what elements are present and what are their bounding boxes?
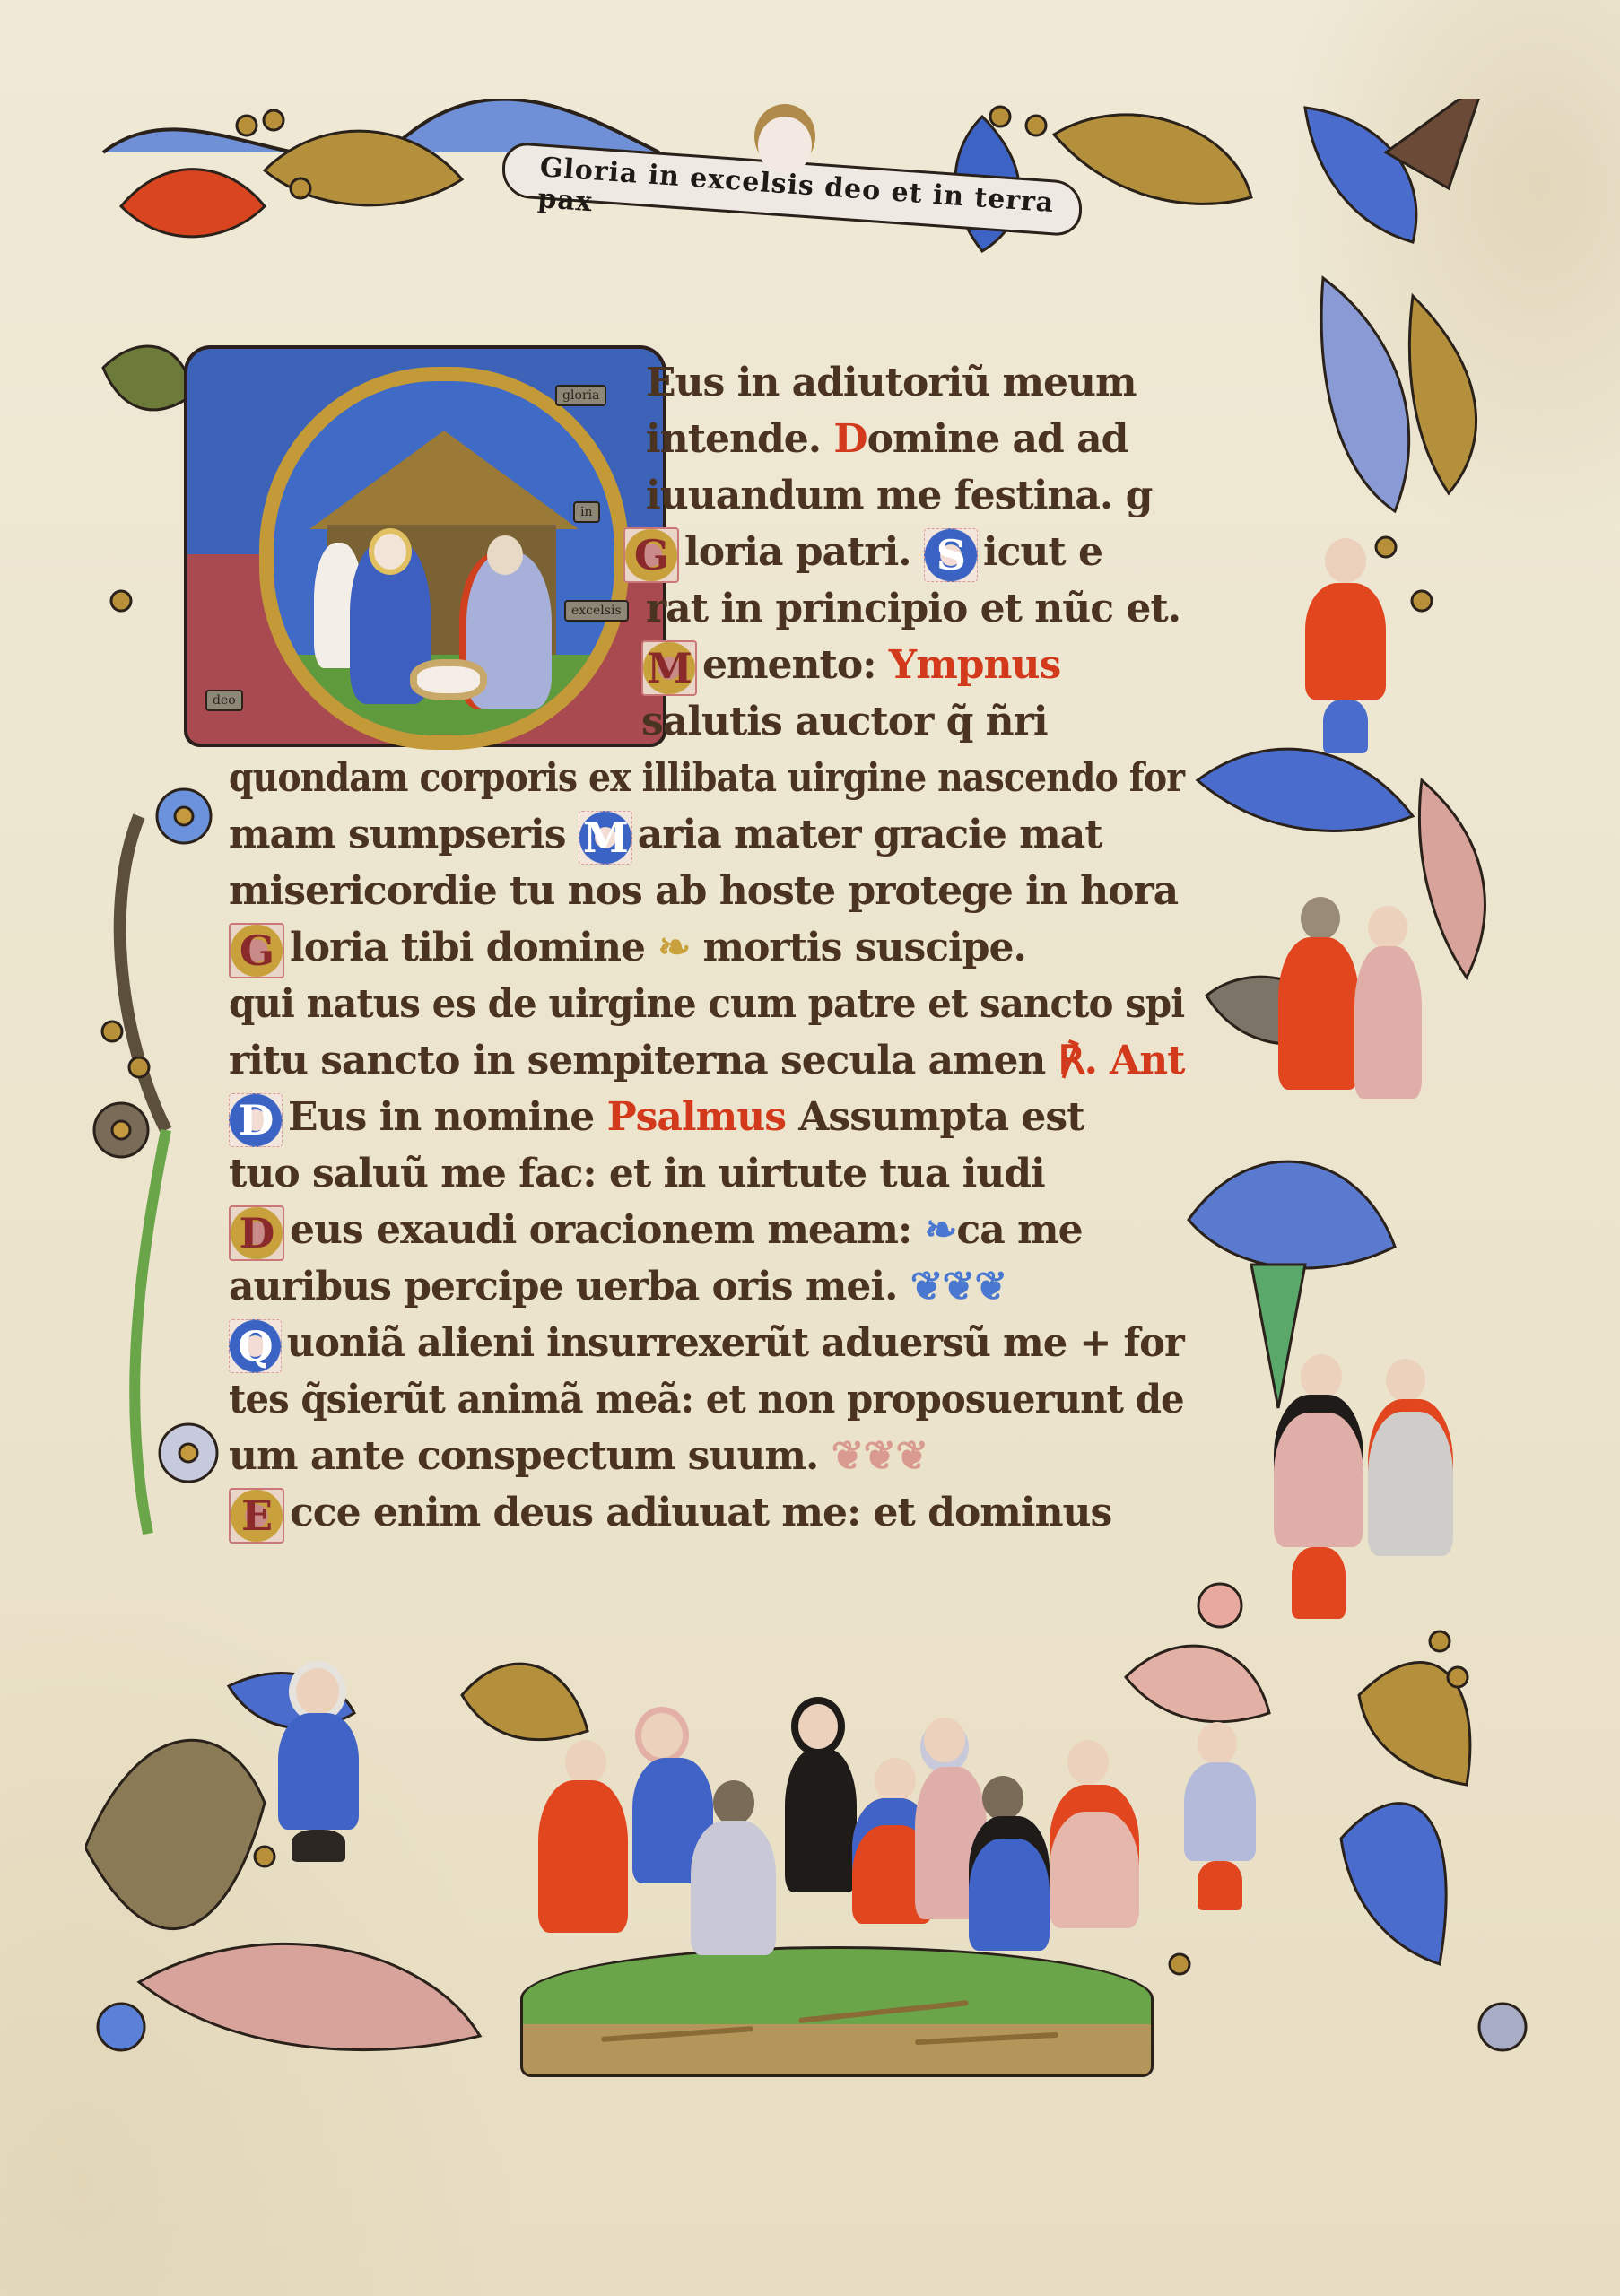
figure-red-hose [1292, 1547, 1346, 1619]
line-filler-flourish: ❦❦❦ [910, 1264, 1007, 1309]
figure-head [1301, 897, 1340, 940]
line-filler-flourish: ❧ [658, 925, 690, 970]
piper-figure [269, 1659, 368, 1865]
dancer-head [798, 1704, 838, 1749]
text-line: rat in principio et nũc et. [646, 580, 1180, 638]
line-filler-flourish: ❧ [925, 1207, 957, 1253]
piper-head [296, 1668, 339, 1715]
text-segment: loria patri. [684, 529, 924, 575]
text-line: um ante conspectum suum. ❦❦❦ [229, 1428, 928, 1485]
dancer-head [924, 1718, 965, 1762]
dancer-head [641, 1713, 683, 1758]
figure-head [1386, 1359, 1425, 1402]
bagpiper-head [1325, 538, 1366, 583]
round-dance-figures [529, 1695, 1157, 1991]
piper-tunic [278, 1713, 359, 1830]
text-line: tuo saluũ me fac: et in uirtute tua iud… [229, 1145, 1045, 1203]
text-line: Gloria patri. Sicut e [623, 524, 1102, 581]
text-segment: icut e [983, 529, 1102, 575]
text-segment: iuuandum me festina. g [646, 473, 1152, 518]
figure-tunic [1184, 1762, 1256, 1861]
dancer-head [875, 1758, 916, 1803]
figure-hose [1198, 1861, 1242, 1910]
text-line: ritu sancto in sempiterna secula amen ℟.… [229, 1032, 1184, 1090]
decorated-initial: G [229, 923, 284, 978]
figure-head [1198, 1722, 1237, 1765]
text-segment: cce enim deus adiuuat me: et dominus [290, 1490, 1111, 1535]
decorated-initial: G [623, 527, 679, 583]
figure-head [1301, 1354, 1342, 1399]
dancer-grey [691, 1821, 776, 1955]
text-segment: eus exaudi oracionem meam: [290, 1207, 925, 1253]
text-segment: Eus in adiutoriũ meum [646, 360, 1137, 405]
text-segment: misericordie tu nos ab hoste protege in … [229, 868, 1178, 914]
text-segment: mortis suscipe. [690, 925, 1026, 970]
text-segment: tes q̃sierũt animã meã: et non propos… [229, 1377, 1184, 1422]
two-men-figures [1265, 1354, 1462, 1632]
text-segment: um ante conspectum suum. [229, 1433, 832, 1479]
text-segment: emento: [702, 642, 889, 688]
dancer-blue-black [969, 1816, 1050, 1951]
text-line: Gloria tibi domine ❧ mortis suscipe. [229, 919, 1026, 977]
text-line: Memento: Ympnus [641, 637, 1060, 694]
angel-figure [758, 117, 812, 174]
rubric-text: Ympnus [889, 642, 1060, 688]
piper-boots [292, 1830, 345, 1862]
text-segment: ca me [956, 1207, 1082, 1253]
rubric-text: Psalmus [607, 1094, 786, 1140]
text-segment: ritu sancto in sempiterna secula amen [229, 1038, 1058, 1083]
decorated-initial: E [229, 1488, 284, 1544]
angel-banderole: Gloria in excelsis deo et in terra pax [502, 135, 1076, 233]
text-line: iuuandum me festina. g [646, 467, 1152, 525]
text-segment: rat in principio et nũc et. [646, 586, 1180, 631]
text-line: salutis auctor q̃ ñri [641, 693, 1048, 751]
text-segment: mam sumpseris [229, 812, 579, 857]
dancer-head [982, 1776, 1023, 1821]
rubric-text: ℟. Ant [1058, 1038, 1185, 1083]
text-line: intende. Domine ad ad [646, 411, 1128, 468]
text-segment: M [579, 811, 632, 865]
decorated-initial: D [229, 1205, 284, 1261]
text-segment: omine ad ad [867, 416, 1128, 462]
dancer-black [785, 1749, 857, 1892]
text-segment: intende. [646, 416, 833, 462]
text-line: quondam corporis ex illibata uirgine nas… [229, 750, 1184, 807]
text-segment: quondam corporis ex illibata uirgine nas… [229, 755, 1184, 801]
text-line: Deus exaudi oracionem meam: ❧ca me [229, 1202, 1083, 1259]
text-segment: Assumpta est [786, 1094, 1084, 1140]
text-line: DEus in nomine Psalmus Assumpta est [229, 1089, 1084, 1146]
text-line: tes q̃sierũt animã meã: et non propos… [229, 1371, 1184, 1429]
reaching-man-figure [1175, 1704, 1265, 1910]
rubric-text: D [833, 416, 867, 462]
figure-head [1368, 906, 1407, 949]
text-segment: loria tibi domine [290, 925, 658, 970]
text-segment: S [924, 528, 978, 582]
figure-red-tunic [1278, 937, 1359, 1090]
figure-grey-cloak [1368, 1399, 1453, 1556]
text-segment: tuo saluũ me fac: et in uirtute tua iud… [229, 1151, 1045, 1196]
text-line: mam sumpseris Maria mater gracie mat [229, 806, 1102, 864]
text-block: Eus in adiutoriũ meumintende. Domine ad… [229, 354, 1184, 1610]
text-line: Quoniã alieni insurrexerũt aduersũ me… [229, 1315, 1184, 1372]
text-line: qui natus es de uirgine cum patre et san… [229, 976, 1184, 1033]
dancer-pink-red [1050, 1785, 1139, 1928]
decorated-initial: Q [229, 1319, 282, 1373]
embracing-couple-figures [1274, 897, 1435, 1166]
text-segment: qui natus es de uirgine cum patre et san… [229, 981, 1184, 1027]
text-line: Eus in adiutoriũ meum [646, 354, 1137, 412]
text-segment: uoniã alieni insurrexerũt aduersũ me … [287, 1320, 1184, 1366]
dancer-head [565, 1740, 606, 1785]
decorated-initial: D [229, 1093, 283, 1147]
bagpiper-figure [1296, 538, 1395, 771]
bagpiper-legs [1323, 700, 1368, 753]
text-line: misericordie tu nos ab hoste protege in … [229, 863, 1178, 920]
text-segment: Eus in nomine [288, 1094, 607, 1140]
bagpiper-tunic [1305, 583, 1386, 700]
line-filler-flourish: ❦❦❦ [832, 1433, 928, 1479]
dancer-red [538, 1780, 628, 1933]
decorated-initial: M [641, 640, 697, 696]
text-segment: aria mater gracie mat [638, 812, 1102, 857]
text-segment: salutis auctor q̃ ñri [641, 699, 1048, 744]
figure-pink-tunic [1354, 946, 1422, 1099]
dancer-head [713, 1780, 754, 1825]
text-segment: auribus percipe uerba oris mei. [229, 1264, 910, 1309]
text-line: auribus percipe uerba oris mei. ❦❦❦ [229, 1258, 1006, 1316]
text-line: Ecce enim deus adiuuat me: et dominus [229, 1484, 1111, 1542]
figure-pink-tunic [1274, 1395, 1363, 1547]
dancer-head [1067, 1740, 1109, 1785]
